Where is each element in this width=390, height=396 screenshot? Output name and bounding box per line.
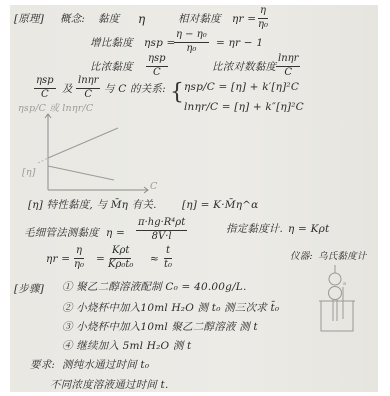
fraction-numerator: t bbox=[164, 246, 172, 259]
brace-symbol: { bbox=[170, 82, 184, 104]
fraction-numerator: π·hg·R⁴ρt bbox=[136, 218, 187, 231]
fraction-numerator: ηsp bbox=[146, 54, 168, 67]
fraction-numerator: η − η₀ bbox=[174, 30, 209, 43]
equation-1: ηsp/C = [η] + k′[η]²C bbox=[184, 82, 299, 93]
viscosity-label: 黏度 bbox=[98, 14, 119, 25]
relative-viscosity-lhs: ηr = bbox=[232, 14, 256, 25]
relation-and: 及 bbox=[62, 84, 73, 95]
graph-intercept-label: [η] bbox=[22, 168, 36, 178]
ratio-equals: = bbox=[96, 254, 105, 265]
inherent-viscosity-fraction: lnηr C bbox=[276, 54, 300, 78]
fraction-numerator: η bbox=[74, 246, 84, 259]
requirement-2: 不同浓度溶液通过时间 t. bbox=[50, 380, 169, 391]
fraction-denominator: C bbox=[84, 89, 92, 101]
step-2: ② 小烧杯中加入10ml H₂O 测 t₀ 测三次求 t̄₀ bbox=[62, 303, 279, 314]
specific-viscosity-fraction: η − η₀ η₀ bbox=[174, 30, 209, 54]
requirement-1: 测纯水通过时间 t₀ bbox=[62, 360, 149, 371]
relation-text: 与 C 的关系: bbox=[104, 84, 166, 95]
fraction-numerator: lnηr bbox=[276, 54, 300, 67]
capillary-lhs: η = bbox=[106, 228, 125, 239]
ratio-fraction-1: η η₀ bbox=[74, 246, 84, 270]
mark-houwink-formula: [η] = K·M̄η^α bbox=[182, 200, 258, 211]
equation-2: lnηr/C = [η] + k″[η]²C bbox=[184, 102, 304, 113]
reduced-viscosity-fraction: ηsp C bbox=[146, 54, 168, 78]
fraction-denominator: C bbox=[153, 67, 161, 79]
fixed-viscometer-label: 指定黏度计. bbox=[226, 224, 283, 235]
fraction-numerator: lnηr bbox=[76, 76, 100, 89]
fraction-numerator: η bbox=[258, 6, 268, 19]
ratio-fraction-3: t t₀ bbox=[164, 246, 172, 270]
requirement-label: 要求: bbox=[30, 360, 55, 371]
ratio-approx: ≈ bbox=[150, 254, 159, 265]
fraction-denominator: η₀ bbox=[258, 19, 268, 31]
relation-fraction-1: ηsp C bbox=[34, 76, 56, 100]
reduced-viscosity-label: 比浓黏度 bbox=[90, 62, 133, 73]
step-4: ④ 继续加入 5ml H₂O 测 t bbox=[62, 341, 191, 352]
fraction-numerator: Kρt bbox=[110, 246, 131, 259]
poiseuille-fraction: π·hg·R⁴ρt 8V·l bbox=[136, 218, 187, 242]
steps-header: [步骤] bbox=[14, 284, 44, 295]
ubbelohde-viscometer-sketch: a bbox=[315, 255, 375, 335]
fraction-denominator: t₀ bbox=[164, 259, 172, 271]
svg-text:a: a bbox=[343, 281, 346, 287]
ratio-fraction-2: Kρt Kρ₀t₀ bbox=[108, 246, 133, 270]
fraction-denominator: η₀ bbox=[186, 43, 196, 55]
fraction-numerator: ηsp bbox=[34, 76, 56, 89]
ratio-lhs: ηr = bbox=[46, 254, 70, 265]
intrinsic-viscosity-text: [η] 特性黏度, 与 M̄η 有关. bbox=[28, 200, 157, 211]
principle-header: [原理] bbox=[14, 14, 44, 25]
inherent-viscosity-label: 比浓对数黏度 bbox=[212, 62, 276, 73]
capillary-method-label: 毛细管法测黏度 bbox=[24, 228, 99, 239]
step-3: ③ 小烧杯中加入10ml 聚乙二醇溶液 测 t bbox=[62, 322, 258, 333]
extrapolation-graph bbox=[20, 100, 160, 196]
fraction-denominator: η₀ bbox=[74, 259, 84, 271]
specific-viscosity-label: 增比黏度 bbox=[90, 38, 133, 49]
relation-fraction-2: lnηr C bbox=[76, 76, 100, 100]
viscosity-symbol: η bbox=[138, 13, 145, 25]
graph-x-label: C bbox=[150, 182, 157, 192]
fraction-denominator: 8V·l bbox=[152, 231, 172, 243]
fraction-denominator: C bbox=[284, 67, 292, 79]
fraction-denominator: C bbox=[41, 89, 49, 101]
fraction-denominator: Kρ₀t₀ bbox=[108, 259, 133, 271]
relative-viscosity-label: 相对黏度 bbox=[178, 14, 221, 25]
instrument-label: 仪器: bbox=[290, 252, 313, 262]
step-1: ① 聚乙二醇溶液配制 C₀ = 40.00g/L. bbox=[62, 282, 247, 293]
fixed-viscometer-formula: η = Kρt bbox=[288, 224, 329, 235]
concept-label: 概念: bbox=[60, 14, 85, 25]
specific-viscosity-lhs: ηsp = bbox=[144, 38, 176, 49]
specific-viscosity-rhs: = ηr − 1 bbox=[216, 38, 263, 49]
relative-viscosity-fraction: η η₀ bbox=[258, 6, 268, 30]
